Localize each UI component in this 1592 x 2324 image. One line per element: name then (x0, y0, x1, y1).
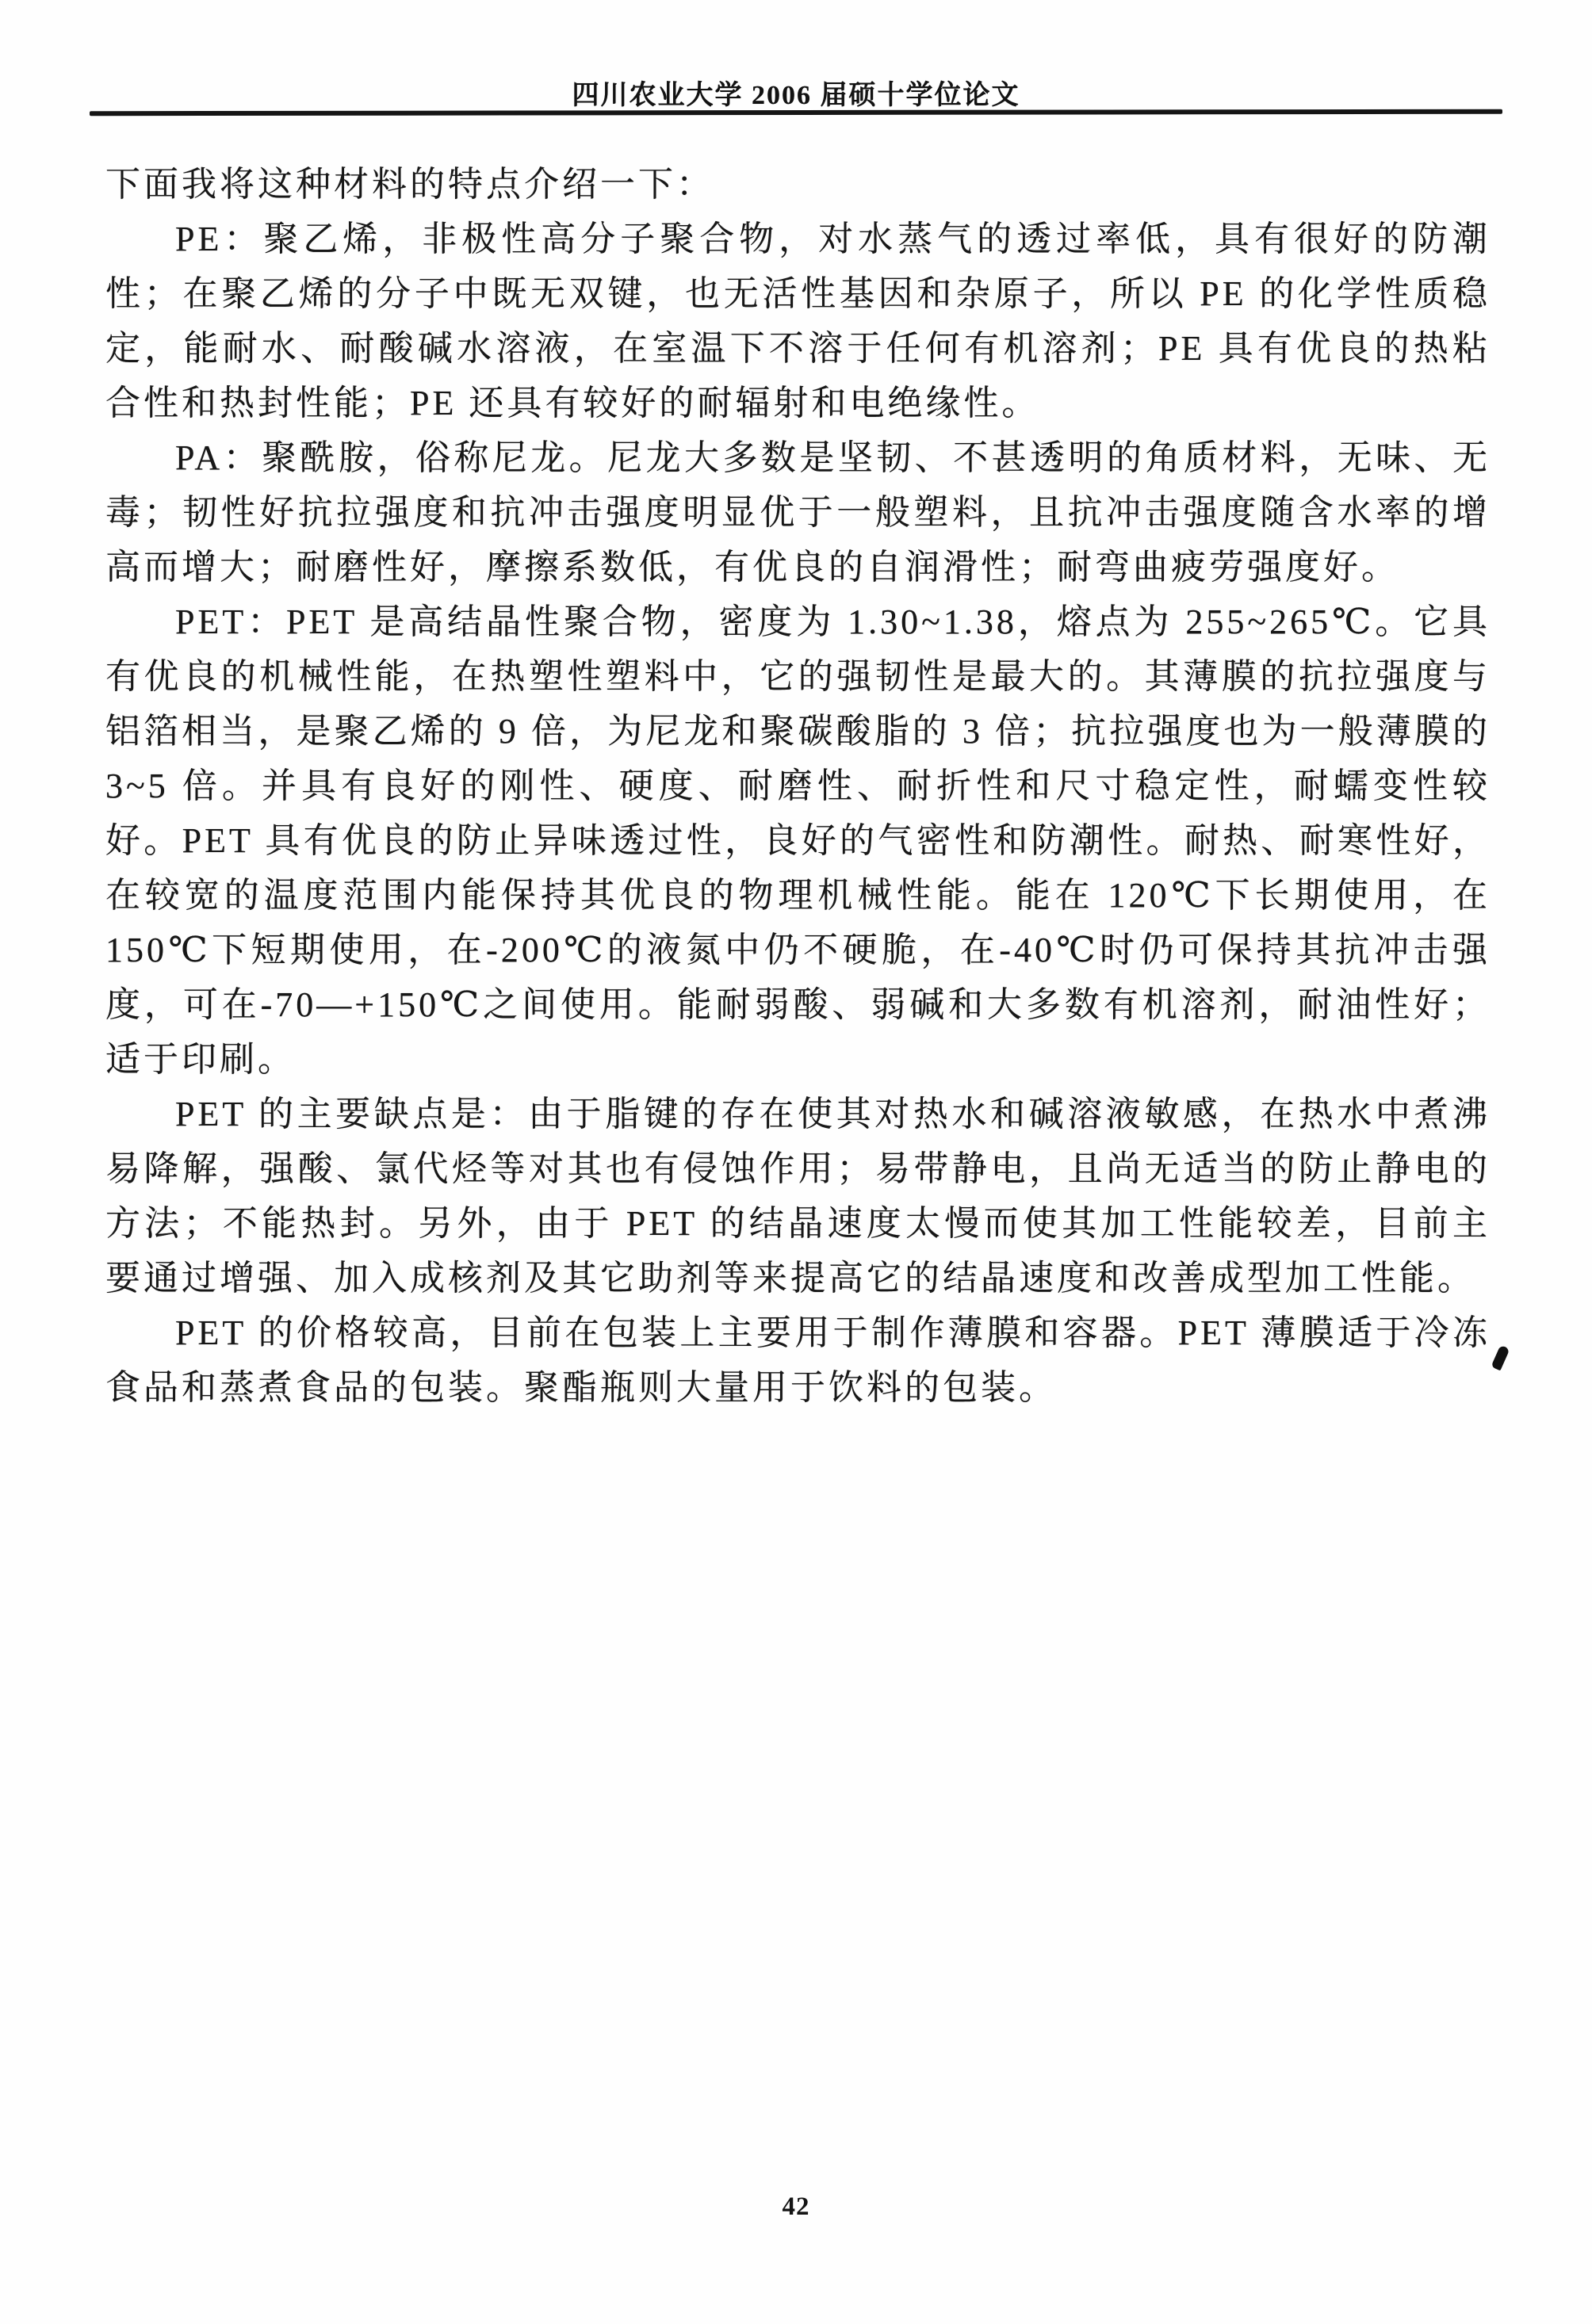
pa-paragraph: PA：聚酰胺，俗称尼龙。尼龙大多数是坚韧、不甚透明的角质材料，无味、无毒；韧性好… (105, 430, 1491, 594)
intro-paragraph: 下面我将这种材料的特点介绍一下： (105, 157, 1491, 212)
page-header-title: 四川农业大学 2006 届硕十学位论文 (0, 73, 1592, 112)
pet-price-paragraph: PET 的价格较高，目前在包装上主要用于制作薄膜和容器。PET 薄膜适于冷冻食品… (105, 1305, 1491, 1415)
page-number: 42 (0, 2192, 1592, 2222)
scan-artifact-mark (1491, 1345, 1510, 1371)
pet-properties-paragraph: PET：PET 是高结晶性聚合物，密度为 1.30~1.38，熔点为 255~2… (105, 594, 1491, 1087)
pet-drawbacks-paragraph: PET 的主要缺点是：由于脂键的存在使其对热水和碱溶液敏感，在热水中煮沸易降解，… (105, 1087, 1491, 1305)
body-text-block: 下面我将这种材料的特点介绍一下： PE：聚乙烯，非极性高分子聚合物，对水蒸气的透… (105, 157, 1491, 1415)
header-divider-line (90, 109, 1502, 116)
pe-paragraph: PE：聚乙烯，非极性高分子聚合物，对水蒸气的透过率低，具有很好的防潮性；在聚乙烯… (105, 212, 1491, 430)
thesis-scan-page: 四川农业大学 2006 届硕十学位论文 下面我将这种材料的特点介绍一下： PE：… (0, 0, 1592, 2324)
